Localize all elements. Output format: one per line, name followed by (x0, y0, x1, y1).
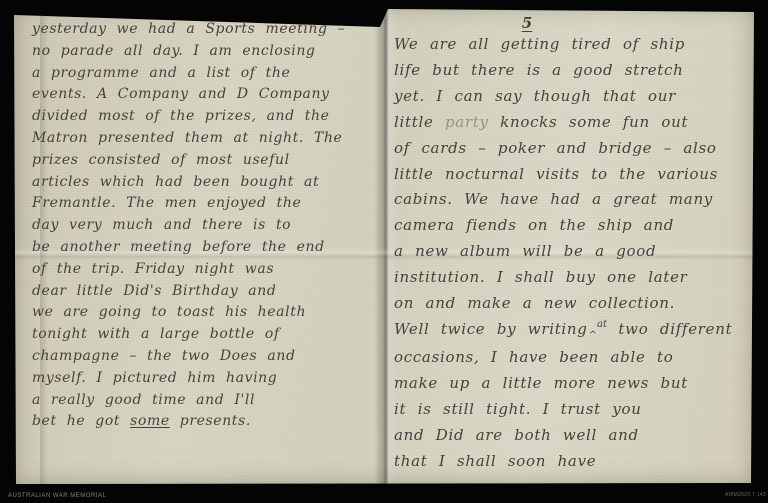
handwriting-line: champagne – the two Does and (32, 346, 386, 368)
handwriting-line: events. A Company and D Company (32, 84, 386, 106)
archive-id-label: AWM2020.7.143 (725, 493, 766, 498)
handwriting-line: a new album will be a good (394, 239, 752, 265)
handwriting-line: no parade all day. I am enclosing (32, 41, 386, 63)
handwriting-line: on and make a new collection. (394, 291, 752, 317)
handwriting-line: of cards – poker and bridge – also (394, 136, 752, 162)
handwriting-line: day very much and there is to (32, 215, 386, 237)
handwriting-word: Well twice by writing (394, 320, 588, 338)
handwriting-line: Matron presented them at night. The (32, 128, 386, 150)
handwriting-line: of the trip. Friday night was (32, 259, 386, 281)
handwriting-line: Well twice by writing^at two different (394, 317, 752, 345)
handwriting-line: a programme and a list of the (32, 63, 386, 85)
handwriting-line: occasions, I have been able to (394, 345, 752, 371)
handwriting-word: little (394, 113, 445, 131)
underlined-word: some (130, 413, 170, 429)
left-page-text: yesterday we had a Sports meeting –no pa… (32, 19, 386, 433)
handwriting-word: presents. (170, 413, 251, 429)
handwriting-line: yesterday we had a Sports meeting – (32, 19, 386, 41)
letter-sheet: 5 yesterday we had a Sports meeting –no … (14, 6, 754, 484)
insertion-caret: ^ (589, 330, 597, 341)
handwriting-line: bet he got some presents. (32, 411, 386, 433)
light-ink-word: party (445, 113, 489, 131)
handwriting-line: a really good time and I'll (32, 390, 386, 412)
handwriting-line: little party knocks some fun out (394, 110, 752, 136)
handwriting-line: divided most of the prizes, and the (32, 106, 386, 128)
inserted-word: at (597, 319, 607, 330)
handwriting-line: we are going to toast his health (32, 302, 386, 324)
handwriting-line: life but there is a good stretch (394, 58, 752, 84)
scan-background: { "archive": { "bottom_left_label": "AUS… (0, 0, 768, 503)
handwriting-line: that I shall soon have (394, 449, 752, 475)
handwriting-line: cabins. We have had a great many (394, 187, 752, 213)
handwriting-line: it is still tight. I trust you (394, 397, 752, 423)
right-page-text: We are all getting tired of shiplife but… (394, 32, 752, 474)
handwriting-line: Fremantle. The men enjoyed the (32, 193, 386, 215)
handwriting-line: yet. I can say though that our (394, 84, 752, 110)
handwriting-line: be another meeting before the end (32, 237, 386, 259)
handwriting-line: myself. I pictured him having (32, 368, 386, 390)
handwriting-line: make up a little more news but (394, 371, 752, 397)
handwriting-word: two different (607, 320, 732, 338)
handwriting-line: tonight with a large bottle of (32, 324, 386, 346)
handwriting-line: institution. I shall buy one later (394, 265, 752, 291)
handwriting-line: prizes consisted of most useful (32, 150, 386, 172)
handwriting-word: knocks some fun out (489, 113, 688, 131)
archive-name-label: AUSTRALIAN WAR MEMORIAL (8, 493, 106, 499)
handwriting-word: bet he got (32, 413, 130, 429)
handwriting-line: little nocturnal visits to the various (394, 162, 752, 188)
handwriting-line: We are all getting tired of ship (394, 32, 752, 58)
handwriting-line: articles which had been bought at (32, 172, 386, 194)
page-number: 5 (510, 14, 544, 32)
handwriting-line: and Did are both well and (394, 423, 752, 449)
handwriting-line: camera fiends on the ship and (394, 213, 752, 239)
handwriting-line: dear little Did's Birthday and (32, 281, 386, 303)
